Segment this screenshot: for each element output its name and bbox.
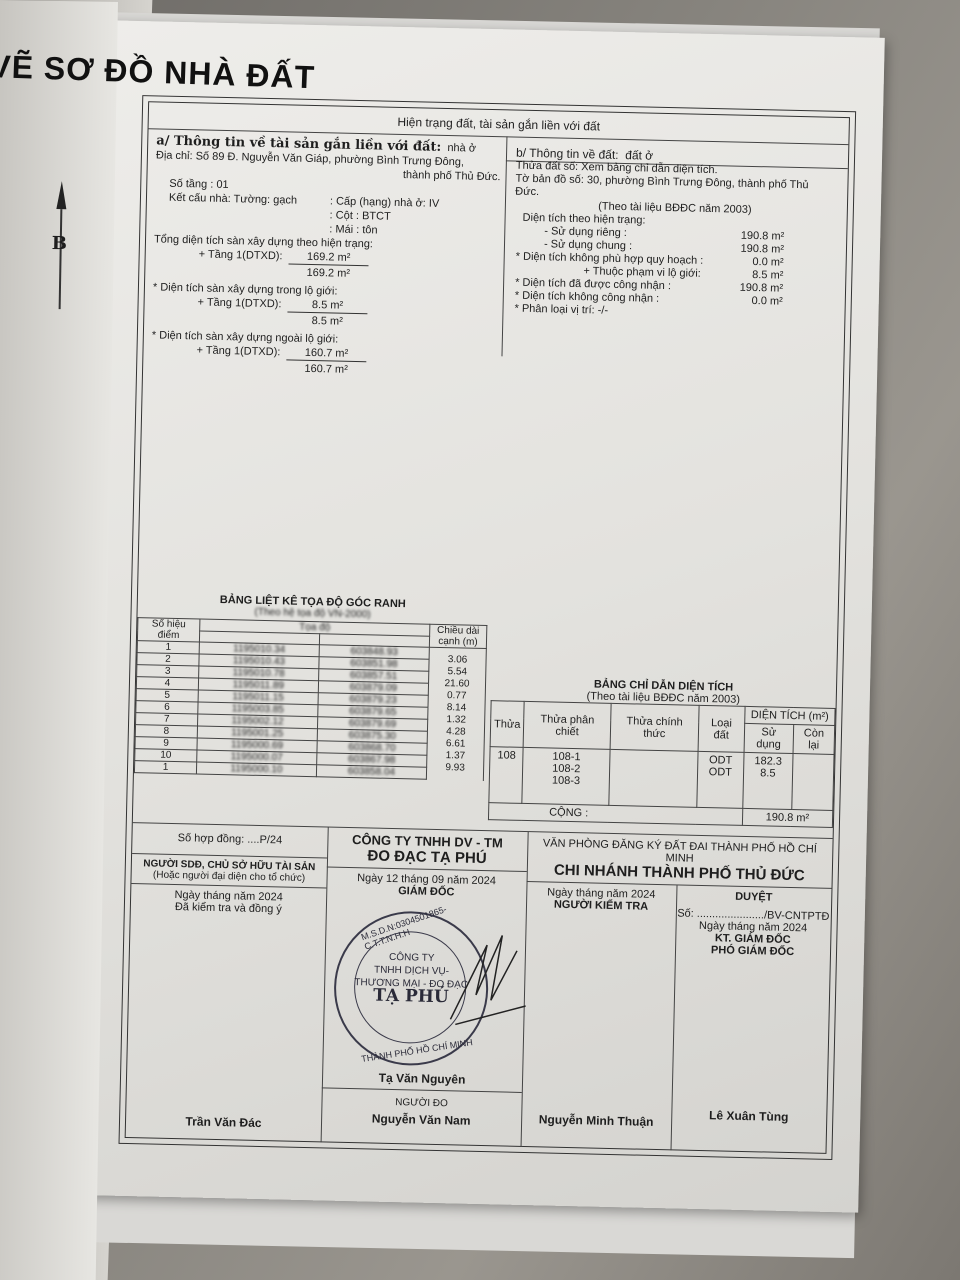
floor-label: + Tầng 1(DTXD): — [196, 343, 280, 359]
director-name: Tạ Văn Nguyên — [322, 1069, 522, 1093]
asset-type: nhà ở — [447, 142, 476, 155]
floor-area-sum: 160.7 m² — [286, 361, 366, 377]
structure: Kết cấu nhà: Tường: gạch — [169, 191, 297, 208]
surveyor-name: Nguyễn Văn Nam — [321, 1110, 521, 1129]
checker-name: Nguyễn Minh Thuận — [521, 1112, 671, 1129]
cell-phan-chiet: 108-1108-2108-3 — [522, 747, 610, 805]
land-area-value: 190.8 m² — [740, 243, 784, 257]
cell-pt: 1 — [134, 761, 196, 774]
col-chinh-thuc: Thửa chính thức — [610, 703, 699, 751]
asset-info-section: a/ Thông tin về tài sản gắn liền với đất… — [151, 134, 501, 384]
cell-con-lai — [792, 754, 834, 811]
land-area-value: 190.8 m² — [740, 282, 784, 296]
land-area-value: 8.5 m² — [752, 269, 783, 283]
coordinate-table: BẢNG LIỆT KÊ TỌA ĐỘ GÓC RANH (Theo hệ tọ… — [134, 592, 488, 781]
cell-phan_chiet: 108-3 — [526, 774, 606, 788]
cell-loai_dat: ODT — [701, 754, 740, 767]
table-row: 11195000.10603858.049.93 — [134, 761, 483, 781]
land-area-value: 0.0 m² — [752, 256, 783, 270]
office-cell: VĂN PHÒNG ĐĂNG KÝ ĐẤT ĐAI THÀNH PHỐ HỒ C… — [521, 832, 833, 1154]
land-area-label: * Phân loại vị trí: -/- — [514, 303, 608, 317]
floor-label: + Tầng 1(DTXD): — [197, 295, 281, 311]
col-loai-dat: Loại đất — [698, 705, 745, 752]
cell-su_dung: 8.5 — [747, 767, 789, 780]
owner-cell: Số hợp đồng: ....P/24 NGƯỜI SDĐ, CHỦ SỞ … — [126, 823, 329, 1142]
survey-document: Hiện trạng đất, tài sản gắn liền với đất… — [68, 20, 884, 1213]
cell-thua: 108 — [489, 747, 524, 804]
checker-cell: Ngày tháng năm 2024 NGƯỜI KIỂM TRA Nguyễ… — [521, 882, 678, 1150]
signature-scribble — [445, 924, 527, 1036]
approver-name: Lê Xuân Tùng — [671, 1107, 826, 1125]
land-area-rows: - Sử dụng riêng :190.8 m²- Sử dụng chung… — [512, 225, 834, 323]
land-area-value: 190.8 m² — [741, 230, 785, 244]
floor-label: + Tầng 1(DTXD): — [199, 247, 283, 263]
approve-role-2: PHÓ GIÁM ĐỐC — [675, 943, 830, 959]
approver-cell: DUYỆT Số: ....................../BV-CNTP… — [671, 885, 832, 1153]
contract-number: Số hợp đồng: ....P/24 — [132, 823, 328, 858]
land-info-section: b/ Thông tin về đất: đất ở Thửa đất số: … — [512, 147, 836, 323]
col-dien-tich: DIỆN TÍCH (m²) — [744, 706, 835, 725]
north-arrow-letter: B — [52, 233, 68, 254]
col-su-dung: Sử dụng — [744, 723, 794, 753]
floor-area: 169.2 m² — [289, 249, 369, 266]
floor-area-sum: 169.2 m² — [288, 265, 368, 281]
col-thua: Thửa — [490, 701, 524, 748]
cell-su_dung: 182.3 — [747, 755, 789, 768]
cell-x: 1195000.10 — [196, 762, 316, 777]
inner-frame: Hiện trạng đất, tài sản gắn liền với đất… — [125, 101, 850, 1154]
check-date: Ngày tháng năm 2024 — [526, 882, 676, 901]
section-divider — [501, 136, 507, 356]
cell-len: 9.93 — [426, 761, 483, 774]
total-value: 190.8 m² — [742, 808, 833, 827]
cell-loai-dat: ODTODT — [697, 751, 744, 808]
cell-chinh-thuc — [609, 749, 698, 807]
company-cell: CÔNG TY TNHH DV - TM ĐO ĐẠC TẠ PHÚ Ngày … — [321, 827, 529, 1146]
cell-loai_dat — [700, 778, 739, 791]
company-stamp: M.S.D.N:0304501865-C.T.T.N.H.H THÀNH PHỐ… — [332, 910, 489, 1067]
owner-name: Trần Văn Đác — [126, 1113, 321, 1131]
column-type: : Cột : BTCT — [329, 208, 390, 223]
land-area-value: 0.0 m² — [751, 295, 782, 309]
floor-area: 160.7 m² — [286, 345, 366, 362]
area-index-table: BẢNG CHỈ DẪN DIỆN TÍCH (Theo tài liệu BĐ… — [488, 676, 836, 828]
cell-su_dung — [746, 779, 788, 792]
cell-y: 603858.04 — [316, 765, 426, 779]
col-point: Số hiệu điểm — [137, 618, 200, 642]
north-arrow-icon: B — [47, 181, 73, 311]
cell-loai_dat: ODT — [701, 766, 740, 779]
roof-type: : Mái : tôn — [329, 222, 378, 237]
land-area-label: - Sử dụng riêng : — [544, 225, 627, 239]
col-phan-chiet: Thửa phân chiết — [523, 701, 611, 749]
land-area-label: - Sử dụng chung : — [544, 238, 632, 252]
col-con-lai: Còn lại — [793, 725, 835, 755]
coordinate-rows: 11195010.34603848.9321195010.43603851.98… — [134, 641, 486, 781]
signature-block: Số hợp đồng: ....P/24 NGƯỜI SDĐ, CHỦ SỞ … — [126, 822, 833, 1154]
floor-area-sum: 8.5 m² — [287, 313, 367, 329]
land-type: đất ở — [625, 148, 653, 163]
floor-area: 8.5 m² — [287, 297, 367, 314]
surveyor-role: NGƯỜI ĐO — [321, 1095, 521, 1111]
cell-su-dung: 182.38.5 — [743, 752, 793, 809]
